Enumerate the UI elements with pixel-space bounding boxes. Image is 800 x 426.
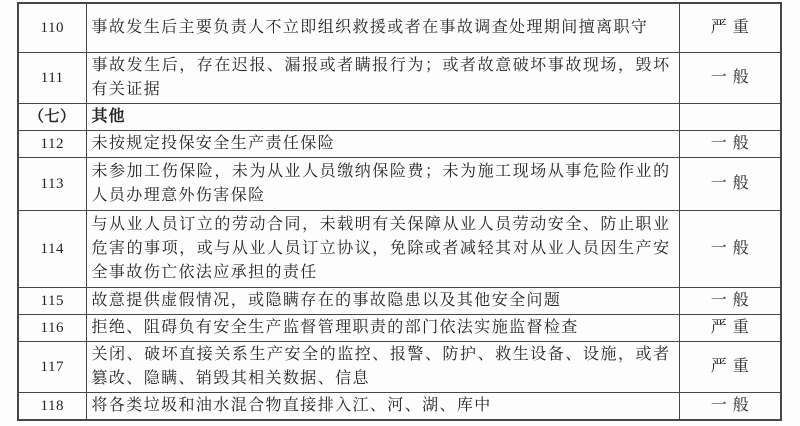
section-title-cell: 其他 [86,103,679,130]
violation-desc-cell: 关闭、破坏直接关系生产安全的监控、报警、防护、救生设备、设施，或者篡改、隐瞒、销… [86,341,679,392]
section-number-cell: （七） [18,103,86,130]
violation-desc-cell: 故意提供虚假情况，或隐瞒存在的事故隐患以及其他安全问题 [86,287,679,314]
violation-desc-cell: 未参加工伤保险，未为从业人员缴纳保险费；未为施工现场从事危险作业的人员办理意外伤… [86,157,679,210]
row-number-cell: 115 [18,287,86,314]
severity-cell: 严重 [679,3,781,52]
row-number-cell: 110 [18,3,86,52]
row-number-cell: 113 [18,157,86,210]
violation-desc-cell: 与从业人员订立的劳动合同，未载明有关保障从业人员劳动安全、防止职业危害的事项，或… [86,210,679,287]
violation-desc-cell: 未按规定投保安全生产责任保险 [86,130,679,157]
table-row: 114 与从业人员订立的劳动合同，未载明有关保障从业人员劳动安全、防止职业危害的… [18,210,781,287]
table-row: 118 将各类垃圾和油水混合物直接排入江、河、湖、库中 一般 [18,392,781,420]
row-number-cell: 114 [18,210,86,287]
severity-cell: 严重 [679,341,781,392]
severity-cell: 一般 [679,287,781,314]
table-row: 116 拒绝、阻碍负有安全生产监督管理职责的部门依法实施监督检查 严重 [18,314,781,341]
severity-cell: 一般 [679,130,781,157]
violation-desc-cell: 事故发生后，存在迟报、漏报或者瞒报行为；或者故意破坏事故现场，毁坏有关证据 [86,52,679,103]
severity-cell: 一般 [679,52,781,103]
severity-cell: 严重 [679,314,781,341]
row-number-cell: 117 [18,341,86,392]
table-row: 113 未参加工伤保险，未为从业人员缴纳保险费；未为施工现场从事危险作业的人员办… [18,157,781,210]
row-number-cell: 111 [18,52,86,103]
row-number-cell: 112 [18,130,86,157]
violation-desc-cell: 事故发生后主要负责人不立即组织救援或者在事故调查处理期间擅离职守 [86,3,679,52]
row-number-cell: 118 [18,392,86,420]
severity-cell: 一般 [679,157,781,210]
violation-table: 110 事故发生后主要负责人不立即组织救援或者在事故调查处理期间擅离职守 严重 … [17,2,782,421]
row-number-cell: 116 [18,314,86,341]
violation-desc-cell: 将各类垃圾和油水混合物直接排入江、河、湖、库中 [86,392,679,420]
severity-cell: 一般 [679,210,781,287]
table-row: 110 事故发生后主要负责人不立即组织救援或者在事故调查处理期间擅离职守 严重 [18,3,781,52]
table-row: 112 未按规定投保安全生产责任保险 一般 [18,130,781,157]
section-header-row: （七） 其他 [18,103,781,130]
severity-cell: 一般 [679,392,781,420]
table-row: 111 事故发生后，存在迟报、漏报或者瞒报行为；或者故意破坏事故现场，毁坏有关证… [18,52,781,103]
table-row: 117 关闭、破坏直接关系生产安全的监控、报警、防护、救生设备、设施，或者篡改、… [18,341,781,392]
severity-cell [679,103,781,130]
document-page: 110 事故发生后主要负责人不立即组织救援或者在事故调查处理期间擅离职守 严重 … [0,0,800,426]
table-row: 115 故意提供虚假情况，或隐瞒存在的事故隐患以及其他安全问题 一般 [18,287,781,314]
violation-desc-cell: 拒绝、阻碍负有安全生产监督管理职责的部门依法实施监督检查 [86,314,679,341]
